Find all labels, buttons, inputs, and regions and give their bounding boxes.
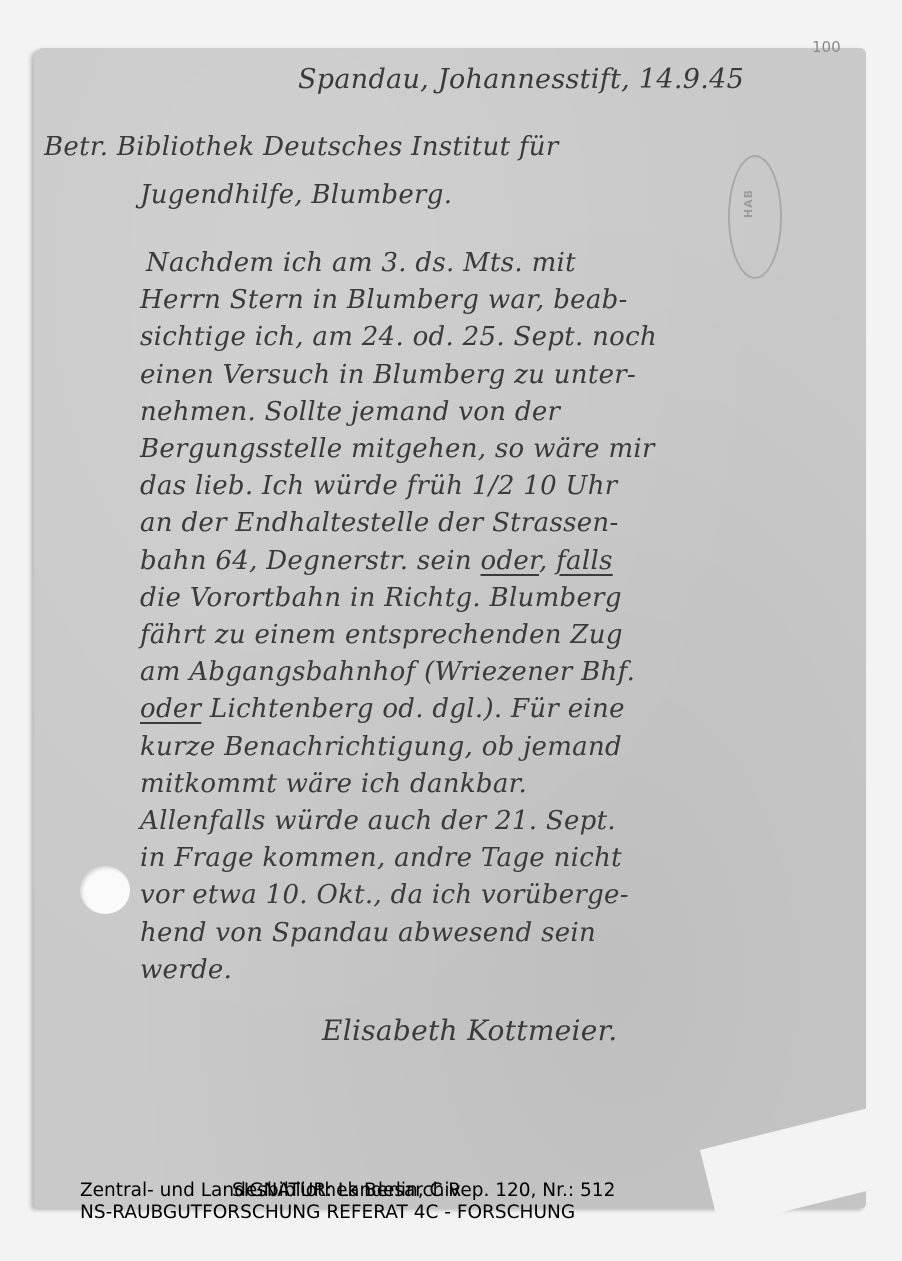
body-line: vor etwa 10. Okt., da ich vorüberge- bbox=[140, 880, 629, 910]
body-line: nehmen. Sollte jemand von der bbox=[140, 397, 560, 427]
underlined-word: oder bbox=[480, 546, 538, 576]
body-line: fährt zu einem entsprechenden Zug bbox=[140, 620, 623, 650]
body-line: hend von Spandau abwesend sein bbox=[140, 918, 596, 948]
signature: Elisabeth Kottmeier. bbox=[322, 1014, 617, 1047]
body-line: Bergungsstelle mitgehen, so wäre mir bbox=[140, 434, 655, 464]
body-line: bahn 64, Degnerstr. sein oder, falls bbox=[140, 546, 613, 576]
body-line: sichtige ich, am 24. od. 25. Sept. noch bbox=[140, 322, 657, 352]
body-line: die Vorortbahn in Richtg. Blumberg bbox=[140, 583, 622, 613]
source-line: Zentral- und Landesbibliothek Berlin, C … bbox=[80, 1180, 615, 1202]
body-line: kurze Benachrichtigung, ob jemand bbox=[140, 732, 622, 762]
body-line: mitkommt wäre ich dankbar. bbox=[140, 769, 527, 799]
body-line: einen Versuch in Blumberg zu unter- bbox=[140, 360, 636, 390]
body-line: oder Lichtenberg od. dgl.). Für eine bbox=[140, 694, 625, 724]
body-line: Allenfalls würde auch der 21. Sept. bbox=[140, 806, 616, 836]
signature-label: SIGNATUR: Landesarchiv bbox=[232, 1180, 461, 1202]
body-line: Herrn Stern in Blumberg war, beab- bbox=[140, 285, 628, 315]
body-line: an der Endhaltestelle der Strassen- bbox=[140, 508, 619, 538]
archive-footer: Zentral- und Landesbibliothek Berlin, C … bbox=[80, 1180, 615, 1224]
underlined-word: falls bbox=[556, 546, 613, 576]
underlined-word: oder bbox=[140, 694, 201, 724]
body-line: in Frage kommen, andre Tage nicht bbox=[140, 843, 622, 873]
subject-line: Jugendhilfe, Blumberg. bbox=[140, 180, 452, 210]
body-line: am Abgangsbahnhof (Wriezener Bhf. bbox=[140, 657, 635, 687]
archive-number: 100 bbox=[812, 38, 841, 56]
body-line: das lieb. Ich würde früh 1/2 10 Uhr bbox=[140, 471, 618, 501]
punch-hole bbox=[80, 866, 130, 914]
department-line: NS-RAUBGUTFORSCHUNG REFERAT 4C - FORSCHU… bbox=[80, 1202, 615, 1224]
body-line: Nachdem ich am 3. ds. Mts. mit bbox=[146, 248, 576, 278]
body-line: werde. bbox=[140, 955, 232, 985]
stamp-text: HAB bbox=[742, 189, 755, 218]
postal-stamp: HAB bbox=[728, 155, 782, 279]
subject-line: Betr. Bibliothek Deutsches Institut für bbox=[44, 132, 559, 162]
letter-heading: Spandau, Johannesstift, 14.9.45 bbox=[298, 64, 744, 95]
